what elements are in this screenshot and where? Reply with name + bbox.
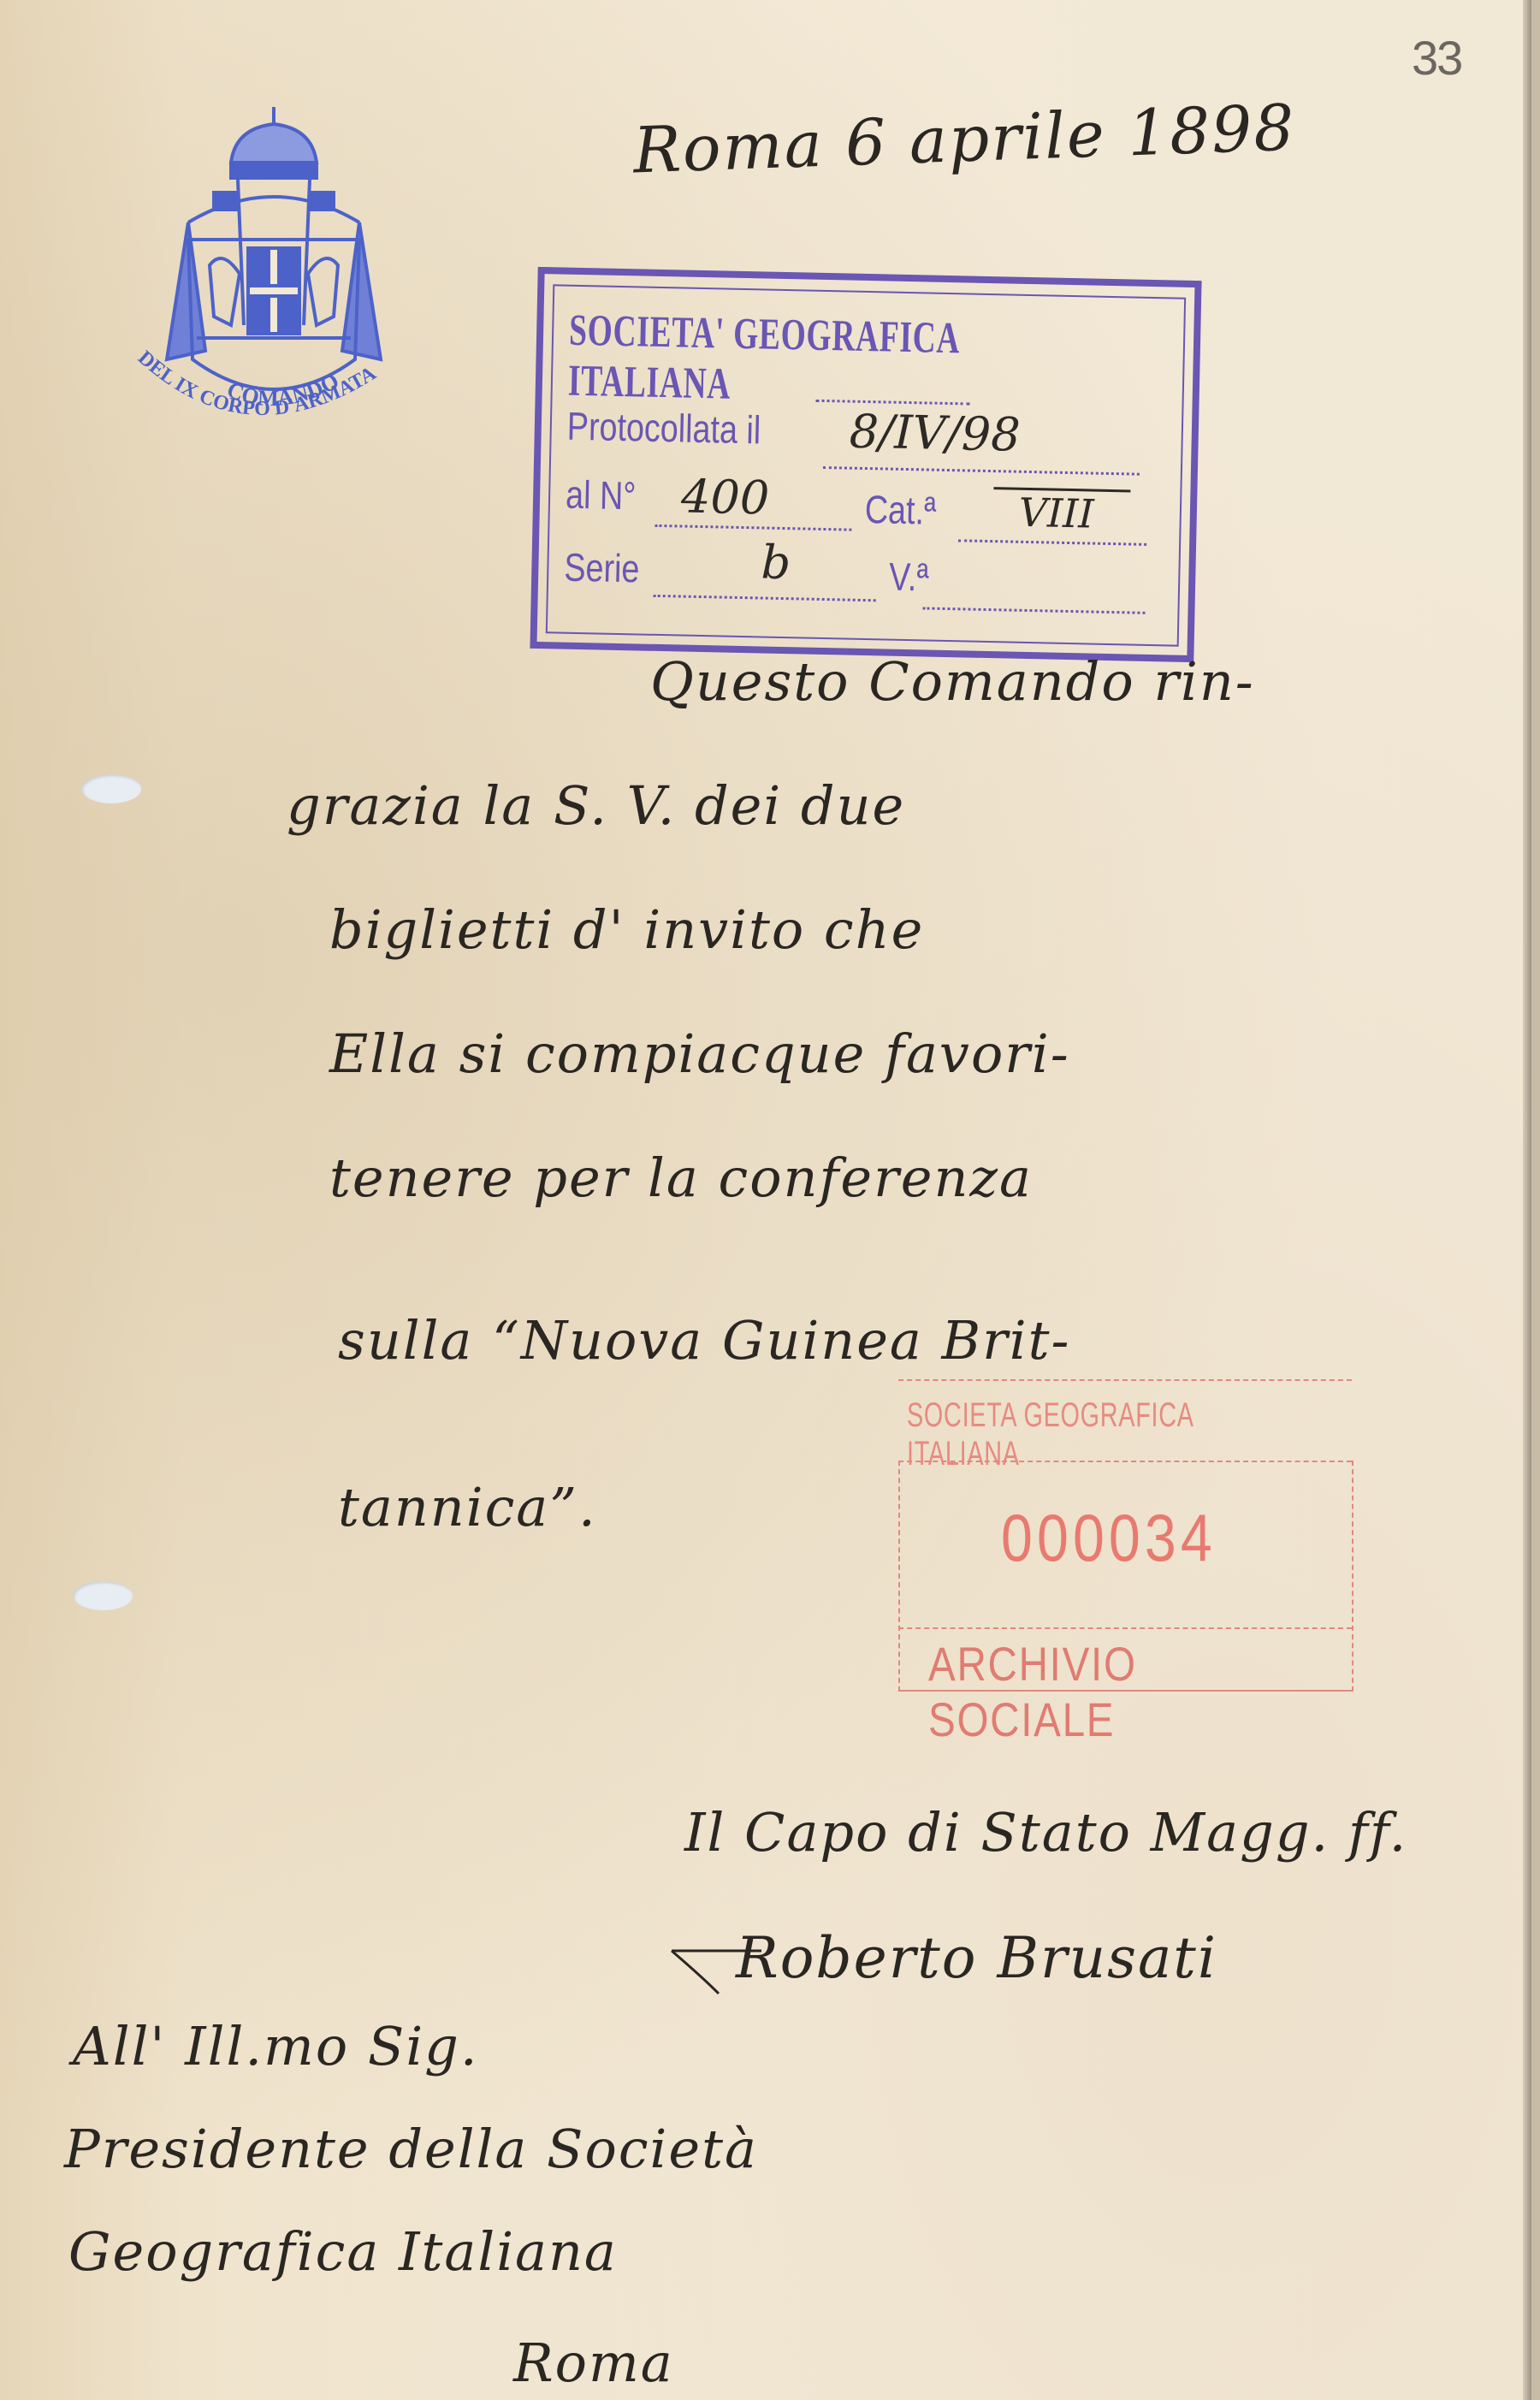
- protocol-value: 8/IV/98: [849, 405, 1021, 462]
- signer-title: Il Capo di Stato Magg. ff.: [684, 1801, 1407, 1864]
- vi-label: V.ª: [889, 554, 929, 601]
- stamp-border: [898, 1461, 1352, 1462]
- category-value: VIII: [1018, 489, 1094, 537]
- stamp-border: [898, 1379, 1352, 1381]
- letter-page: 33: [0, 0, 1531, 2400]
- letterhead: COMANDO DEL IX CORPO D'ARMATA: [128, 103, 419, 428]
- archive-stamp-footer: ARCHIVIO SOCIALE: [928, 1636, 1292, 1747]
- punch-hole: [73, 1581, 133, 1610]
- stamp-title: SOCIETA' GEOGRAFICA ITALIANA: [567, 305, 1019, 416]
- punch-hole: [81, 774, 141, 803]
- stamp-border: [1352, 1461, 1353, 1692]
- signer-name: Roberto Brusati: [736, 1925, 1217, 1991]
- body-line: tannica”.: [338, 1476, 597, 1538]
- addressee-line: Geografica Italiana: [68, 2220, 618, 2283]
- series-value: b: [761, 535, 791, 590]
- place-date: Roma 6 aprile 1898: [632, 92, 1297, 188]
- body-line: Questo Comando rin-: [650, 650, 1255, 713]
- paper-edge: [1523, 0, 1531, 2400]
- addressee-line: Presidente della Società: [64, 2118, 758, 2180]
- stamp-border: [898, 1690, 1352, 1692]
- category-label: Cat.ª: [864, 486, 936, 534]
- body-line: sulla “Nuova Guinea Brit-: [338, 1309, 1070, 1372]
- archive-stamp: SOCIETA GEOGRAFICA ITALIANA 000034 ARCHI…: [890, 1379, 1356, 1692]
- addressee-line: Roma: [513, 2332, 674, 2394]
- series-label: Serie: [564, 544, 640, 592]
- number-label: al N°: [566, 471, 637, 519]
- body-line: tenere per la conferenza: [329, 1147, 1033, 1209]
- archive-number: 000034: [1001, 1499, 1217, 1577]
- registration-stamp: SOCIETA' GEOGRAFICA ITALIANA Protocollat…: [530, 267, 1201, 662]
- signature-flourish-icon: [667, 1942, 770, 2002]
- number-value: 400: [681, 469, 770, 524]
- stamp-border: [898, 1461, 900, 1692]
- body-line: grazia la S. V. dei due: [287, 774, 905, 837]
- addressee-line: All' Ill.mo Sig.: [73, 2015, 479, 2077]
- body-line: Ella si compiacque favori-: [329, 1022, 1070, 1085]
- page-number: 33: [1412, 30, 1461, 86]
- stamp-border: [898, 1627, 1352, 1629]
- body-line: biglietti d' invito che: [329, 898, 924, 961]
- protocol-label: Protocollata il: [566, 403, 761, 453]
- coat-of-arms-icon: COMANDO DEL IX CORPO D'ARMATA: [128, 103, 419, 428]
